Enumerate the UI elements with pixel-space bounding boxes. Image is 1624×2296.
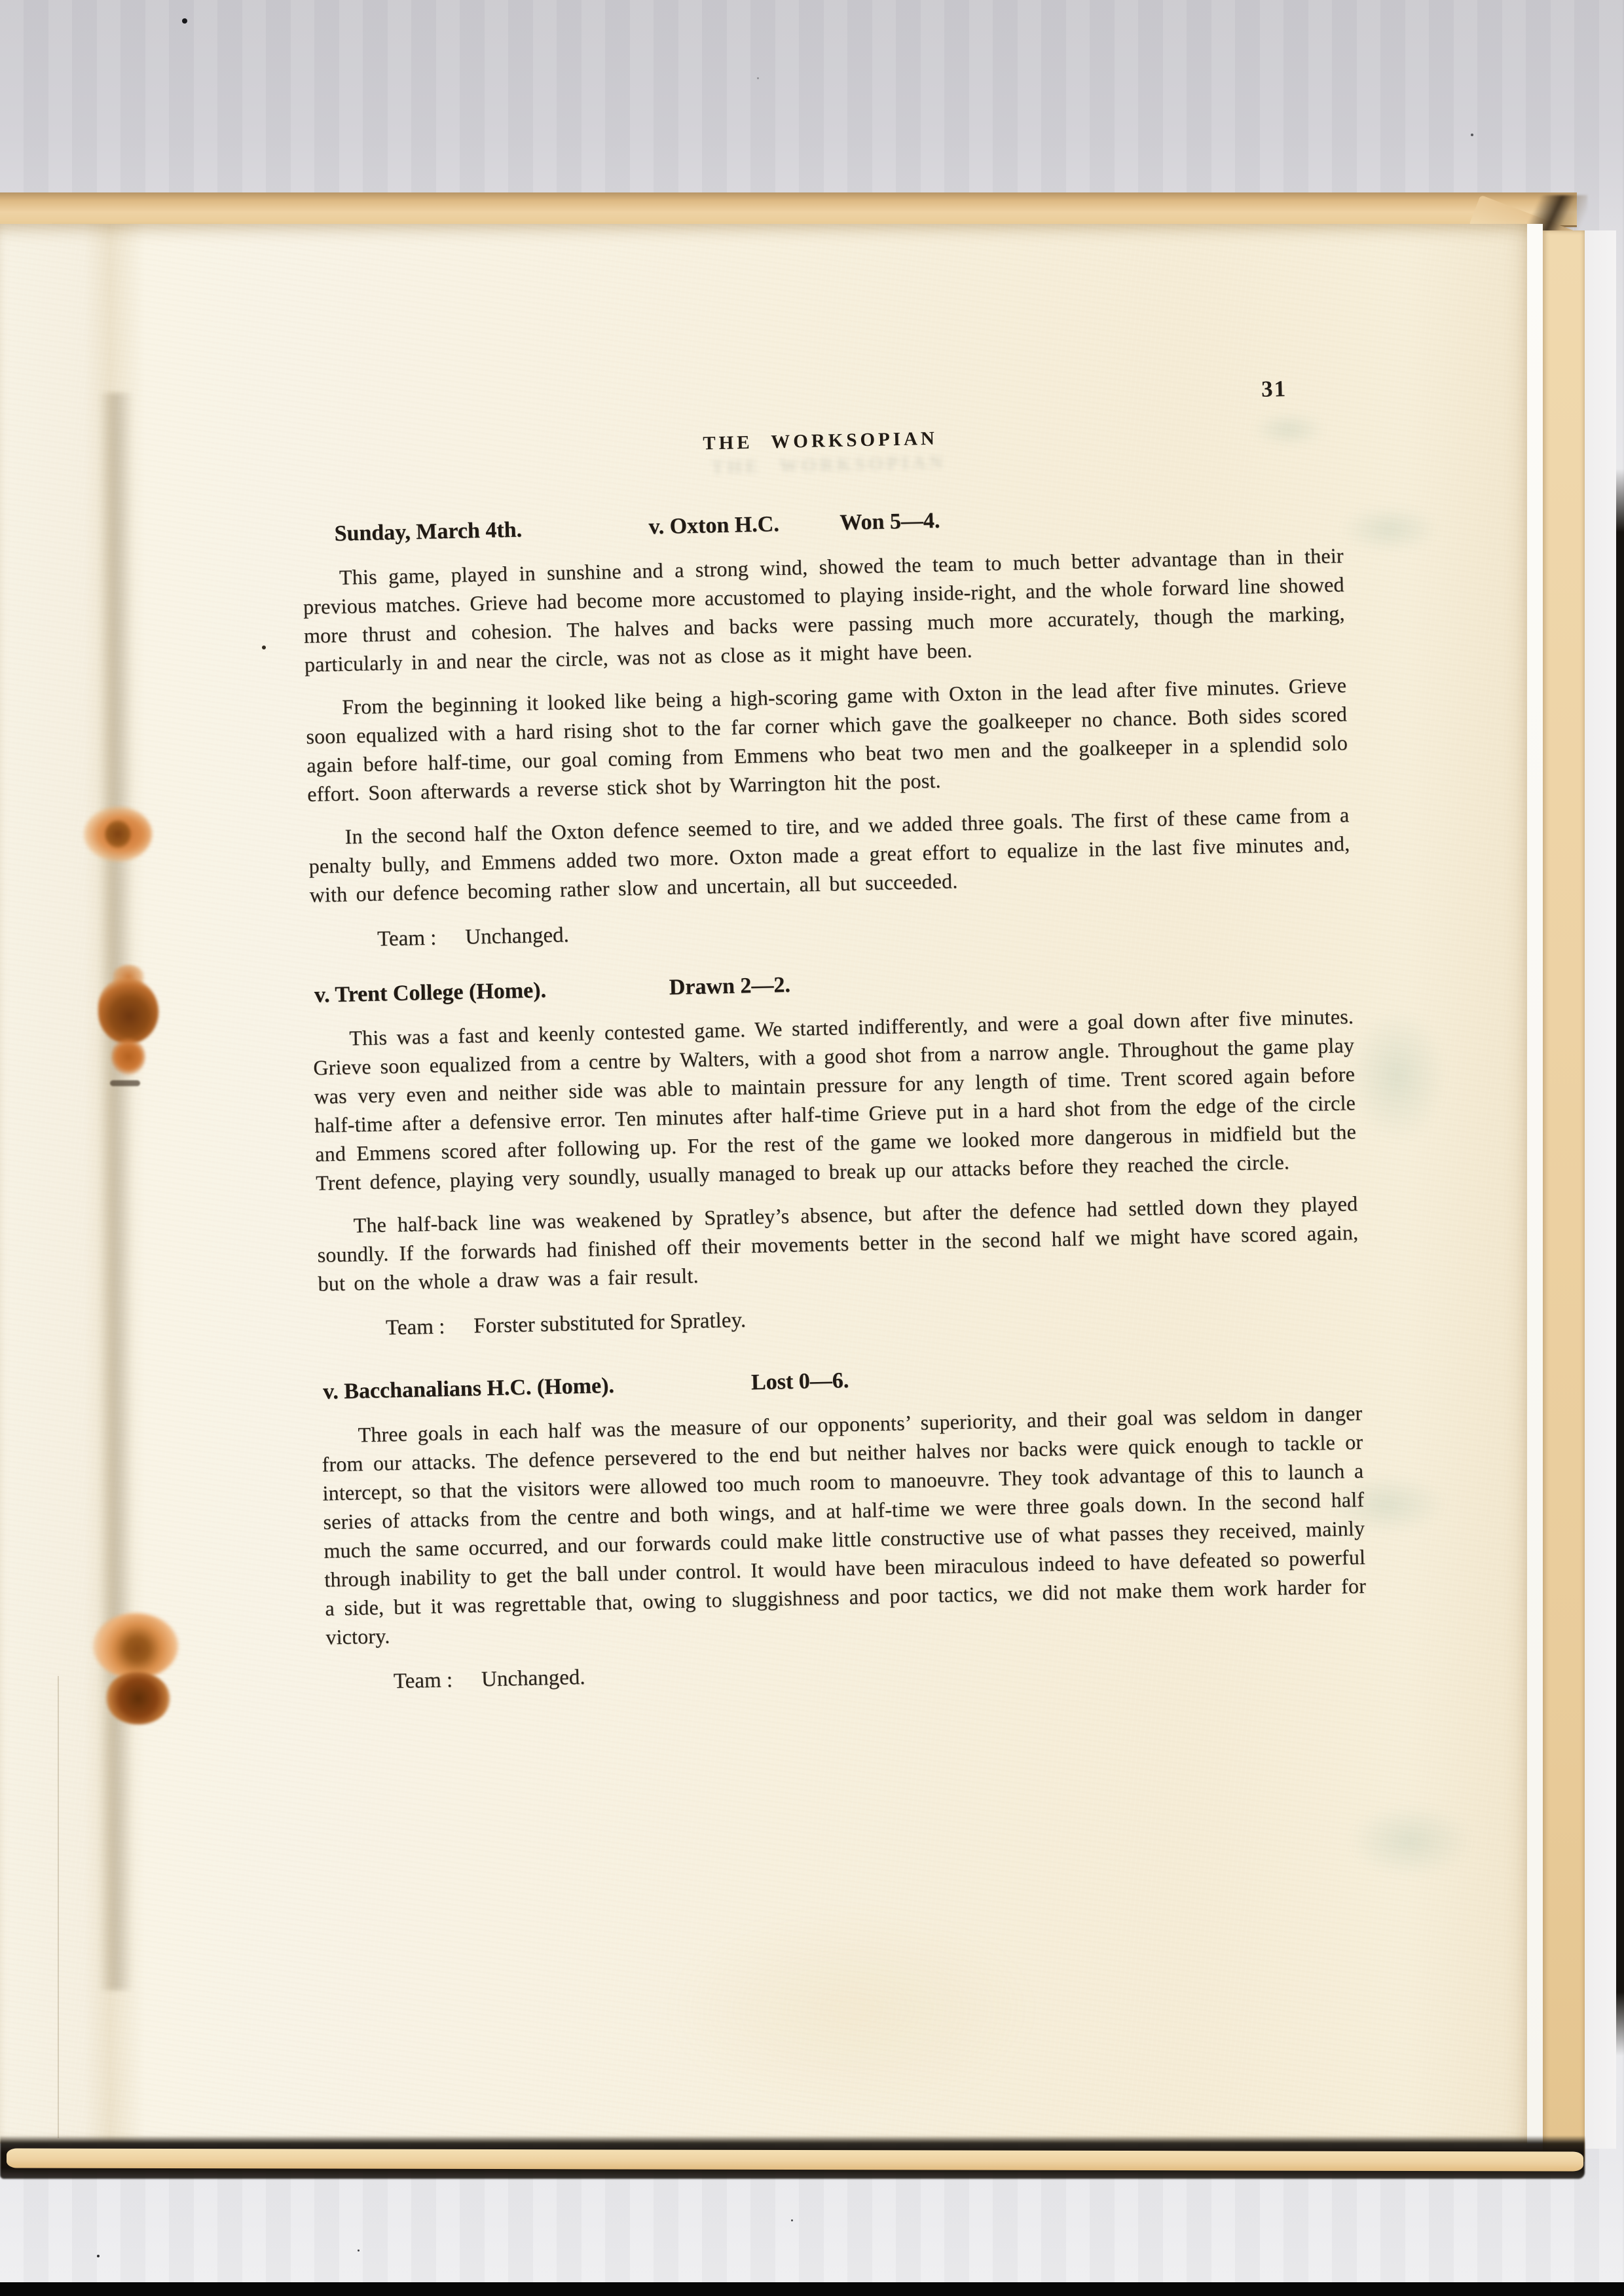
ink-bleed-through bbox=[1348, 1010, 1447, 1143]
rust-stain bbox=[111, 1038, 145, 1075]
match-reports: Sunday, March 4th. v. Oxton H.C. Won 5—4… bbox=[301, 498, 1368, 1697]
rust-stain bbox=[110, 1080, 140, 1086]
scan-bottom-black-strip bbox=[0, 2282, 1624, 2296]
dust-speck bbox=[757, 77, 759, 79]
left-page-edge-line bbox=[58, 1676, 59, 2138]
dust-speck bbox=[791, 2219, 793, 2221]
match-result: Drawn 2—2. bbox=[669, 971, 790, 1002]
dust-speck bbox=[358, 2250, 360, 2251]
match-opponent: v. Oxton H.C. bbox=[648, 510, 779, 541]
report-paragraph: In the second half the Oxton defence see… bbox=[308, 800, 1351, 909]
page-content: 31 THE WORKSOPIAN THE WORKSOPIAN Sunday,… bbox=[298, 344, 1375, 2042]
ink-speck bbox=[262, 646, 266, 649]
match-heading-bacchanalians: v. Bacchanalians H.C. (Home). Lost 0—6. bbox=[320, 1355, 1362, 1407]
page-number: 31 bbox=[1261, 376, 1287, 403]
match-heading-trent: v. Trent College (Home). Drawn 2—2. bbox=[311, 958, 1353, 1010]
report-paragraph: This was a fast and keenly contested gam… bbox=[312, 1002, 1357, 1197]
ink-bleed-through bbox=[1340, 505, 1439, 553]
book-board-dark-edge bbox=[1616, 469, 1624, 2056]
match-date: Sunday, March 4th. bbox=[334, 516, 522, 549]
team-line: Team :Unchanged. bbox=[310, 903, 1352, 955]
match-opponent: v. Trent College (Home). bbox=[314, 976, 546, 1010]
rust-stain bbox=[93, 1613, 178, 1679]
team-line: Team :Forster substituted for Spratley. bbox=[319, 1292, 1361, 1344]
dust-speck bbox=[182, 18, 187, 24]
match-opponent: v. Bacchanalians H.C. (Home). bbox=[323, 1372, 615, 1407]
team-line: Team :Unchanged. bbox=[326, 1646, 1368, 1698]
rust-stain bbox=[98, 978, 158, 1044]
dust-speck bbox=[1471, 134, 1473, 136]
scanned-book-page: 31 THE WORKSOPIAN THE WORKSOPIAN Sunday,… bbox=[0, 0, 1624, 2296]
report-paragraph: From the beginning it looked like being … bbox=[305, 670, 1348, 809]
team-note: Unchanged. bbox=[481, 1666, 585, 1691]
gutter-crease bbox=[98, 393, 134, 1990]
rust-stain bbox=[106, 1672, 170, 1724]
team-label: Team : bbox=[386, 1315, 445, 1339]
match-result: Lost 0—6. bbox=[751, 1366, 849, 1397]
team-label: Team : bbox=[393, 1668, 452, 1693]
report-paragraph: Three goals in each half was the measure… bbox=[321, 1398, 1367, 1652]
team-note: Unchanged. bbox=[465, 923, 569, 949]
team-note: Forster substituted for Spratley. bbox=[473, 1308, 746, 1338]
dust-speck bbox=[97, 2255, 100, 2257]
match-result: Won 5—4. bbox=[840, 507, 940, 538]
report-paragraph: The half-back line was weakened by Sprat… bbox=[316, 1189, 1359, 1298]
book-cover-right-edge bbox=[1543, 230, 1585, 2162]
page-right-gap bbox=[1527, 224, 1543, 2142]
match-heading-oxton: Sunday, March 4th. v. Oxton H.C. Won 5—4… bbox=[301, 498, 1343, 549]
page-block-bottom-edge bbox=[7, 2148, 1583, 2171]
book-cover-top-edge bbox=[0, 192, 1577, 227]
report-paragraph: This game, played in sunshine and a stro… bbox=[303, 541, 1346, 679]
scanner-right-margin bbox=[1585, 230, 1616, 2149]
team-label: Team : bbox=[377, 926, 437, 951]
rust-stain bbox=[105, 820, 131, 848]
